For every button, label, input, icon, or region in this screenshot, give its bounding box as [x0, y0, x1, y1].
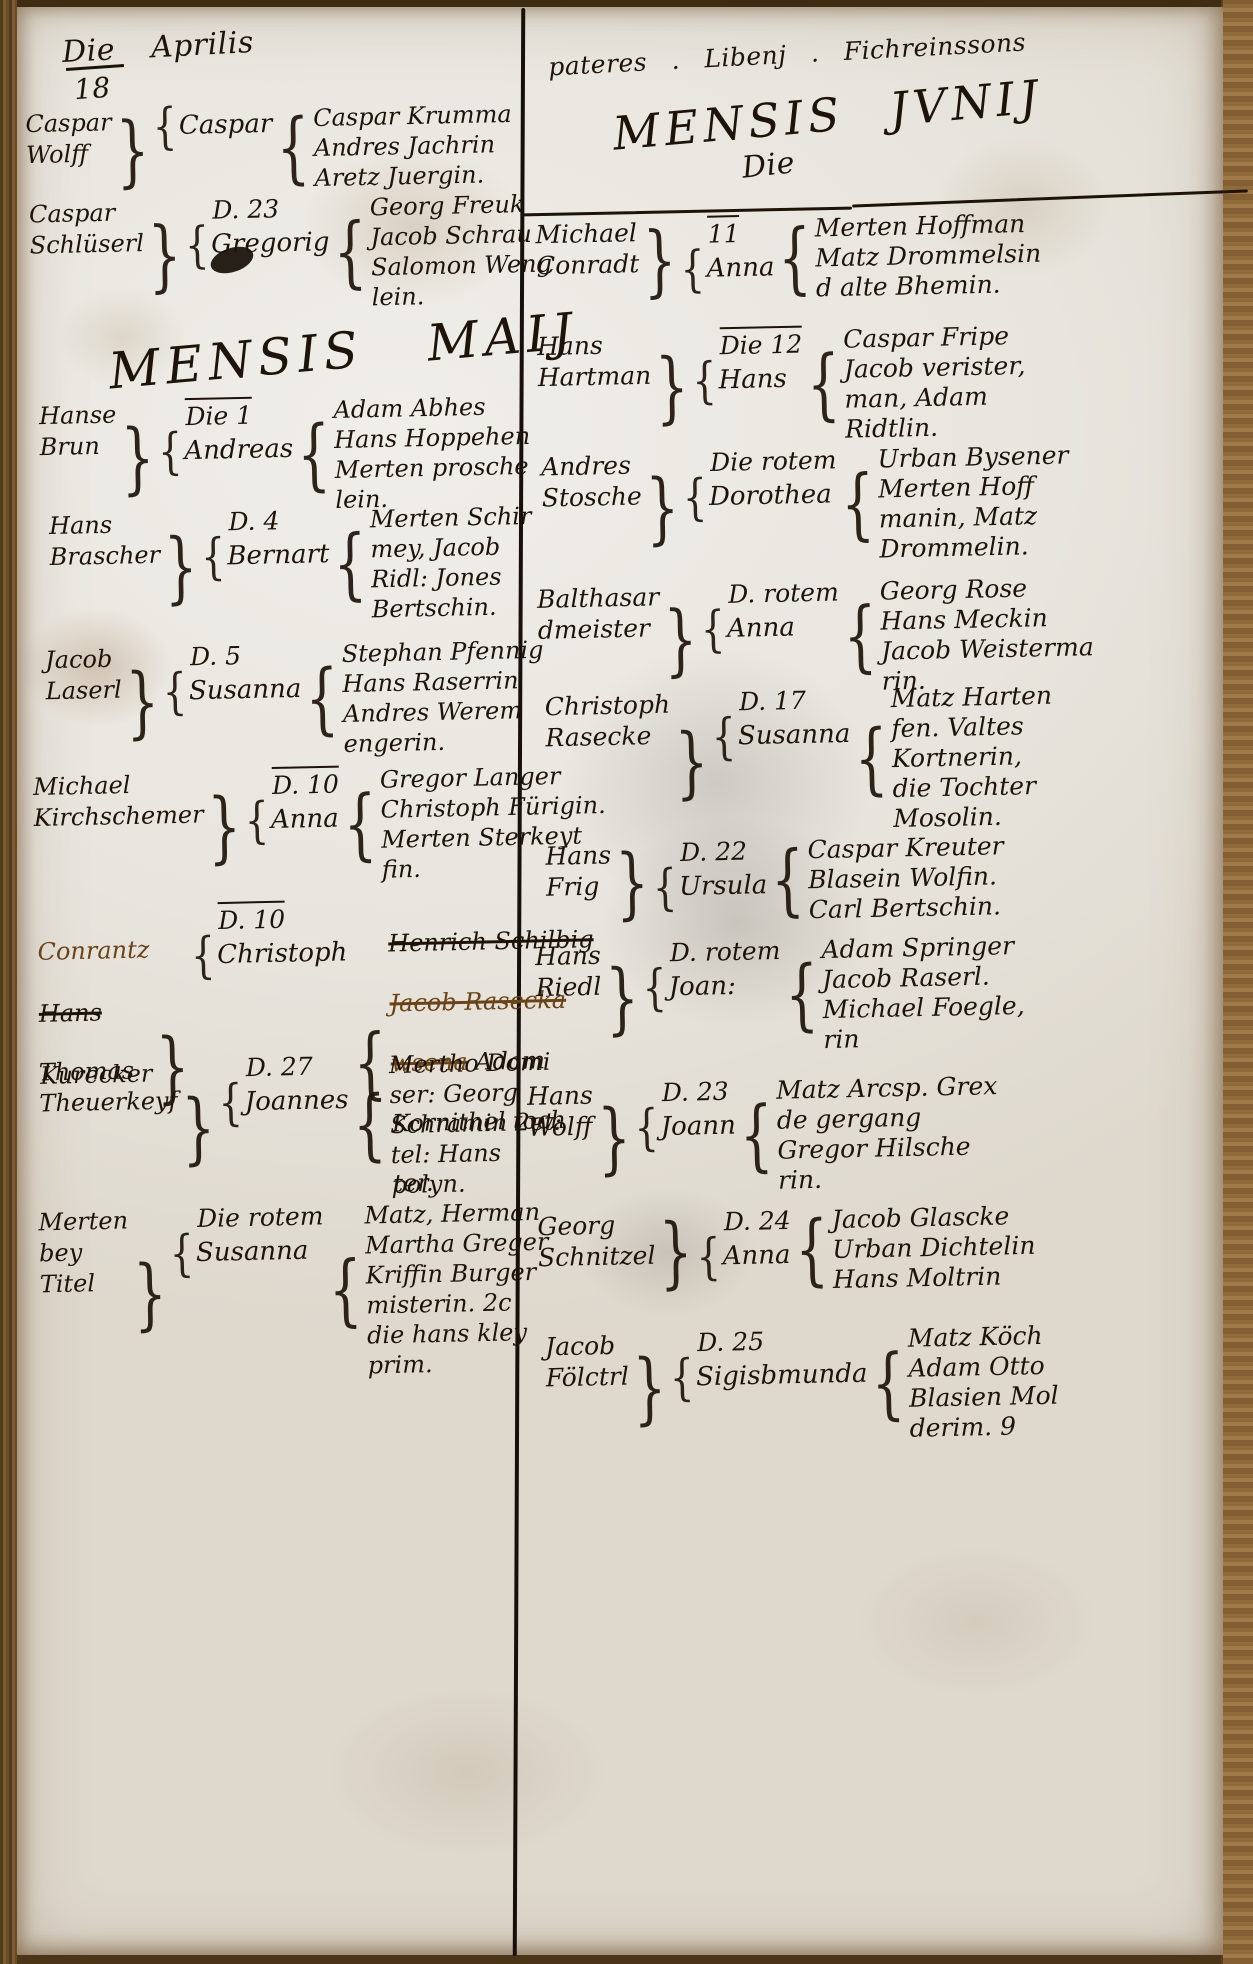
closing-brace: } — [663, 601, 698, 680]
witness-list: Adam Abhes Hans Hoppehen Merten prosche … — [333, 391, 532, 515]
entry-date: D. 25 — [669, 1325, 867, 1358]
father-name: Thomas Theuerkeyf — [38, 1055, 177, 1120]
opening-brace: { — [152, 101, 177, 151]
manuscript-photo: { "g": { "ob": "{", "cb": "}" }, "colors… — [0, 0, 1253, 1964]
opening-brace: { — [680, 244, 705, 294]
witness-list: Caspar Fripe Jacob verister, man, Adam R… — [843, 321, 1027, 445]
closing-brace: } — [125, 664, 160, 743]
opening-brace: { — [696, 1232, 721, 1282]
witness-list: Merten Schir mey, Jacob Ridl: Jones Bert… — [369, 501, 533, 624]
closing-brace: } — [615, 845, 650, 924]
closing-brace: } — [645, 470, 680, 549]
opening-brace: { — [770, 841, 805, 920]
die-label: Die — [740, 145, 796, 185]
father-name: Andres Stosche — [541, 449, 642, 513]
register-entry: Thomas Theuerkeyf } D. 27 {Joannes { Mer… — [38, 1047, 563, 1208]
entry-date: Die 12 — [719, 326, 802, 361]
witness-list: Matz Arcsp. Grex de gergang Gregor Hilsc… — [776, 1071, 1000, 1196]
opening-brace: { — [333, 525, 368, 604]
opening-brace: { — [158, 426, 183, 476]
child-name: Joann — [660, 1111, 736, 1143]
witness-list: Matz, Herman Martha Greger Kriffin Burge… — [364, 1197, 551, 1381]
child-name: Anna — [727, 612, 795, 643]
witness-list: Jacob Glascke Urban Dichtelin Hans Moltr… — [831, 1201, 1036, 1295]
closing-brace: } — [120, 420, 155, 499]
witness-list: Matz Köch Adam Otto Blasien Mol derim. 9 — [908, 1321, 1060, 1444]
witness-list: Stephan Pfennig Hans Raserrin Andres Wer… — [341, 635, 545, 759]
child-name: Anna — [722, 1240, 790, 1271]
opening-brace: { — [352, 1086, 387, 1165]
child-name: Dorothea — [709, 479, 832, 512]
opening-brace: { — [739, 1097, 774, 1176]
child-name: Bernart — [227, 539, 330, 571]
register-entry: Jacob Fölctrl } D. 25 {Sigisbmunda { Mat… — [545, 1321, 1060, 1452]
child-name: Christoph — [217, 937, 348, 970]
closing-brace: } — [632, 1350, 667, 1429]
child-name: Ursula — [679, 870, 768, 902]
entry-date: Die 1 — [185, 397, 252, 431]
child-name: Susanna — [189, 674, 302, 706]
child-name: Caspar — [179, 109, 273, 141]
child-name: Susanna — [196, 1236, 309, 1268]
book-binding-edge — [0, 0, 17, 1964]
witness-list: Urban Bysener Merten Hoff manin, Matz Dr… — [877, 440, 1070, 564]
closing-brace: } — [674, 724, 709, 803]
witness-list: Caspar Kreuter Blasein Wolfin. Carl Bert… — [807, 831, 1005, 925]
witness-list: Merten Hoffman Matz Drommelsin d alte Bh… — [814, 209, 1042, 304]
register-entry: Michael Conradt } 11 {Anna { Merten Hoff… — [535, 209, 1042, 310]
father-name: Michael Kirchschemer — [33, 768, 204, 834]
register-entry: Hans Frig } D. 22 {Ursula { Caspar Kreut… — [545, 831, 1005, 931]
entry-date: D. 10 — [272, 766, 340, 800]
opening-brace: { — [185, 220, 210, 270]
opening-brace: { — [333, 213, 368, 292]
father-name: Balthasar dmeister — [537, 581, 660, 646]
opening-brace: { — [843, 598, 878, 677]
opening-brace: { — [328, 1252, 363, 1331]
opening-brace: { — [305, 660, 340, 739]
opening-brace: { — [700, 604, 725, 654]
opening-brace: { — [652, 862, 677, 912]
witness-list: Georg Freuk Jacob Schrau Salomon Weng le… — [370, 189, 553, 313]
closing-brace: } — [164, 529, 199, 608]
father-name: Hans Hartman — [537, 329, 652, 393]
book-bottom-edge — [0, 1955, 1253, 1964]
father-name: Caspar Schlüserl — [29, 197, 144, 261]
father-name: Hanse Brun — [39, 400, 118, 464]
father-name: Michael Conradt — [535, 217, 639, 281]
opening-brace: { — [201, 532, 226, 582]
opening-brace: { — [169, 1228, 194, 1278]
opening-brace: { — [794, 1211, 829, 1290]
opening-brace: { — [777, 220, 812, 299]
register-entry: Christoph Rasecke } D. 17 {Susanna { Mat… — [544, 681, 1054, 842]
child-name: Sigisbmunda — [696, 1359, 868, 1393]
register-entry: Hans Wolff } D. 23 {Joann { Matz Arcsp. … — [527, 1071, 1000, 1201]
opening-brace: { — [162, 667, 187, 717]
closing-brace: } — [133, 1256, 168, 1335]
father-name: Hans Frig — [545, 839, 612, 902]
opening-brace: { — [642, 963, 667, 1013]
closing-brace: } — [181, 1090, 216, 1169]
child-name: Joannes — [244, 1085, 348, 1117]
register-entry: Georg Schnitzel } D. 24 {Anna { Jacob Gl… — [537, 1201, 1036, 1301]
closing-brace: } — [659, 1214, 694, 1293]
child-name: Andreas — [184, 434, 293, 466]
witness-list: Georg Rose Hans Meckin Jacob Weisterma r… — [880, 572, 1095, 696]
father-name: Merten bey Titel — [38, 1205, 129, 1300]
child-name: Hans — [718, 364, 787, 395]
register-entry: Caspar Wolff } {Caspar { Caspar Krumma A… — [25, 99, 513, 199]
paper-stain — [857, 1547, 1097, 1697]
register-entry: Hans Brascher } D. 4 {Bernart { Merten S… — [49, 501, 534, 631]
opening-brace: { — [785, 956, 820, 1035]
opening-brace: { — [682, 472, 707, 522]
paper-stain — [327, 1687, 607, 1857]
opening-brace: { — [871, 1345, 906, 1424]
father-name: Christoph Rasecke — [544, 689, 670, 754]
closing-brace: } — [655, 349, 690, 428]
register-entry: Michael Kirchschemer } D. 10 {Anna { Gre… — [33, 760, 607, 892]
register-entry: Andres Stosche } Die rotem {Dorothea { U… — [541, 440, 1071, 571]
closing-brace: } — [597, 1100, 632, 1179]
child-name: Anna — [706, 252, 774, 283]
book-fore-edge — [1221, 0, 1253, 1964]
witness-list: Adam Springer Jacob Raserl. Michael Foeg… — [821, 931, 1025, 1055]
closing-brace: } — [605, 960, 640, 1039]
opening-brace: { — [276, 109, 311, 188]
closing-brace: } — [207, 789, 242, 868]
child-name: Gregorig — [211, 227, 330, 259]
father-name: Hans Wolff — [527, 1080, 594, 1143]
opening-brace: { — [806, 346, 841, 425]
opening-brace: { — [692, 356, 717, 406]
register-entry: Hans Riedl } D. rotem {Joan: { Adam Spri… — [535, 931, 1026, 1061]
opening-brace: { — [841, 466, 876, 545]
entry-date: 11 — [707, 215, 739, 249]
register-entry: Merten bey Titel } Die rotem {Susanna { … — [38, 1197, 551, 1388]
closing-brace: } — [147, 217, 182, 296]
opening-brace: { — [244, 795, 269, 845]
register-entry: Hans Hartman } Die 12 {Hans { Caspar Fri… — [537, 321, 1027, 451]
child-name: Anna — [271, 804, 339, 835]
opening-brace: { — [218, 1078, 243, 1128]
register-entry: Jacob Laserl } D. 5 {Susanna { Stephan P… — [45, 635, 546, 765]
child-name: Joan: — [668, 971, 736, 1002]
closing-brace: } — [642, 222, 677, 301]
witness-list: Matz Harten fen. Valtes Kortnerin, die T… — [890, 681, 1054, 834]
opening-brace: { — [297, 416, 332, 495]
opening-brace: { — [711, 712, 736, 762]
opening-brace: { — [190, 930, 215, 980]
witness-list: Caspar Krumma Andres Jachrin Aretz Juerg… — [313, 99, 513, 193]
father-name: Hans Brascher — [49, 509, 161, 573]
opening-brace: { — [669, 1353, 694, 1403]
opening-brace: { — [854, 720, 889, 799]
opening-brace: { — [343, 786, 378, 865]
closing-brace: } — [115, 113, 150, 192]
april-day-number: 18 — [73, 71, 112, 106]
father-name-line: Conrantz — [37, 935, 150, 968]
book-top-edge — [0, 0, 1253, 7]
father-name: Hans Riedl — [535, 940, 602, 1003]
father-name-line-struck: Hans — [39, 996, 152, 1029]
father-name: Jacob Fölctrl — [545, 1330, 629, 1394]
opening-brace: { — [634, 1102, 659, 1152]
child-name: Susanna — [738, 719, 851, 751]
entry-date: D. 10 — [218, 901, 286, 935]
register-entry: Caspar Schlüserl } D. 23 {Gregorig { Geo… — [29, 189, 553, 320]
father-name: Caspar Wolff — [25, 107, 112, 171]
father-name: Jacob Laserl — [45, 644, 122, 708]
father-name: Georg Schnitzel — [537, 1209, 656, 1273]
